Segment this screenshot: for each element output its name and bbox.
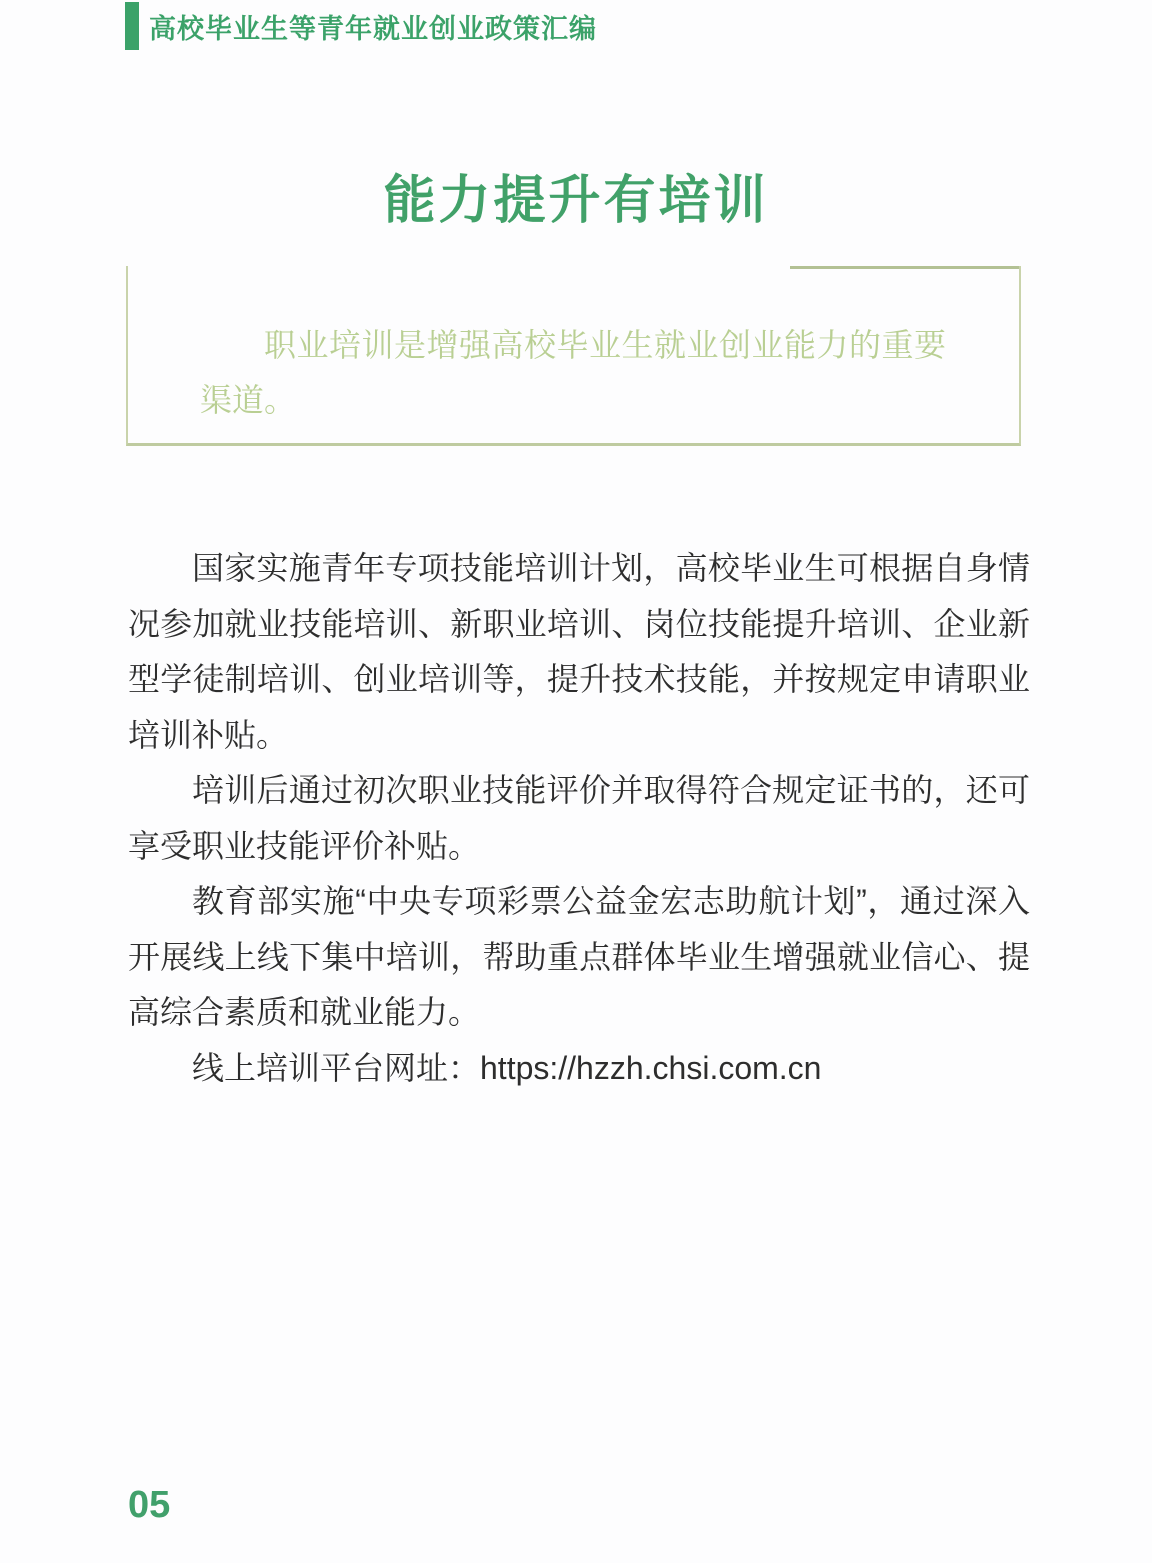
- header-title: 高校毕业生等青年就业创业政策汇编: [149, 7, 597, 46]
- paragraph-skills-training: 国家实施青年专项技能培训计划，高校毕业生可根据自身情况参加就业技能培训、新职业培…: [128, 541, 1030, 763]
- quote-text: 职业培训是增强高校毕业生就业创业能力的重要渠道。: [128, 266, 1019, 428]
- paragraph-evaluation-subsidy: 培训后通过初次职业技能评价并取得符合规定证书的，还可享受职业技能评价补贴。: [128, 763, 1030, 874]
- quote-box-top-line: [790, 266, 1019, 269]
- document-page: 高校毕业生等青年就业创业政策汇编 能力提升有培训 职业培训是增强高校毕业生就业创…: [0, 0, 1152, 1563]
- quote-box: 职业培训是增强高校毕业生就业创业能力的重要渠道。: [126, 266, 1021, 446]
- page-number: 05: [128, 1484, 170, 1527]
- paragraph-hongzhi-program: 教育部实施“中央专项彩票公益金宏志助航计划”，通过深入开展线上线下集中培训，帮助…: [128, 874, 1030, 1041]
- paragraph-platform-url: 线上培训平台网址：https://hzzh.chsi.com.cn: [128, 1041, 1030, 1097]
- page-header: 高校毕业生等青年就业创业政策汇编: [125, 2, 597, 50]
- body-text: 国家实施青年专项技能培训计划，高校毕业生可根据自身情况参加就业技能培训、新职业培…: [128, 541, 1030, 1096]
- header-accent-bar: [125, 2, 139, 50]
- page-title: 能力提升有培训: [0, 158, 1152, 233]
